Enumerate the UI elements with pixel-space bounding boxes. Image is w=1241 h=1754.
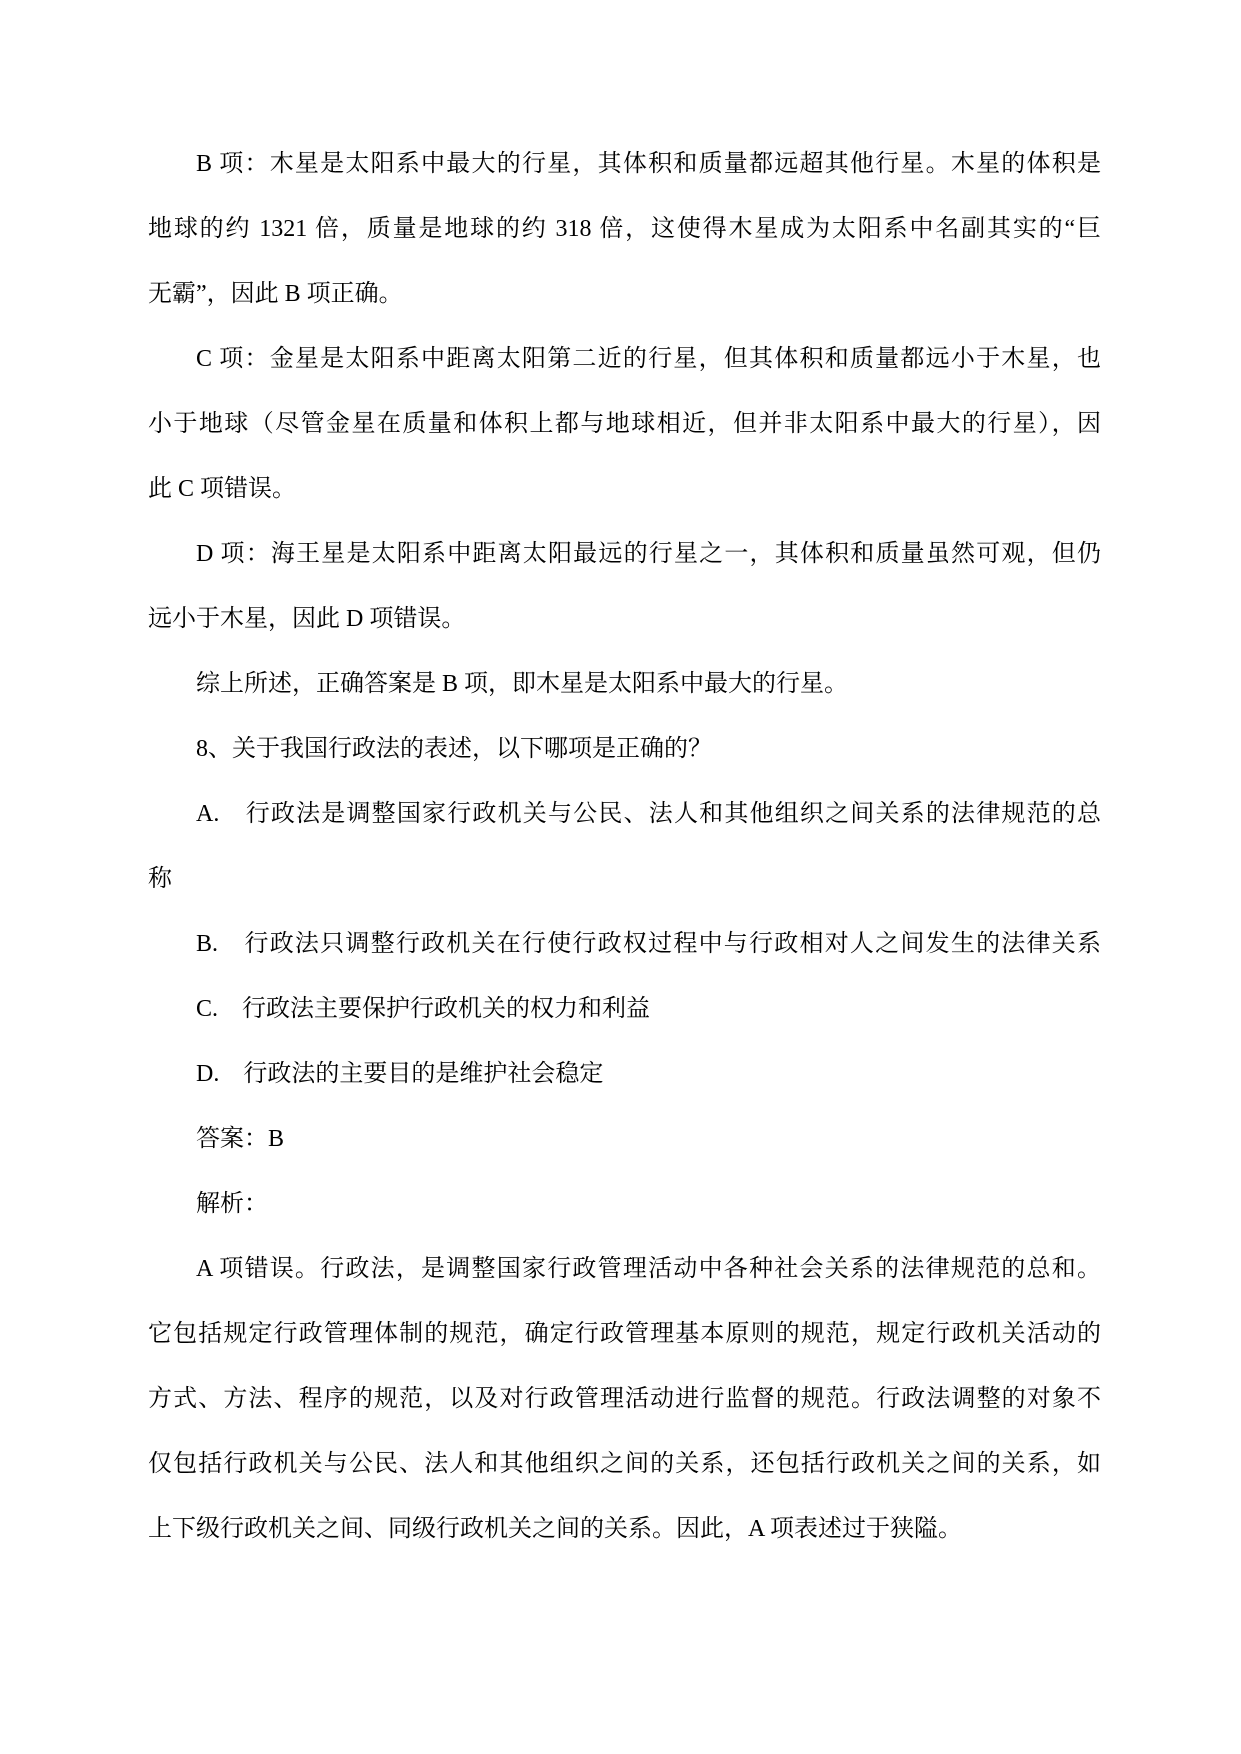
- text-line: B. 行政法只调整行政机关在行使行政权过程中与行政相对人之间发生的法律关系: [148, 912, 1101, 977]
- text-line: 解析：: [148, 1172, 1101, 1237]
- text-line: 上下级行政机关之间、同级行政机关之间的关系。因此，A 项表述过于狭隘。: [148, 1497, 1101, 1562]
- text-line: A. 行政法是调整国家行政机关与公民、法人和其他组织之间关系的法律规范的总: [148, 782, 1101, 847]
- paragraph-question-8-option-b: B. 行政法只调整行政机关在行使行政权过程中与行政相对人之间发生的法律关系: [148, 912, 1101, 977]
- paragraph-question-8-option-d: D. 行政法的主要目的是维护社会稳定: [148, 1042, 1101, 1107]
- text-line: 方式、方法、程序的规范，以及对行政管理活动进行监督的规范。行政法调整的对象不: [148, 1367, 1101, 1432]
- paragraph-conclusion: 综上所述，正确答案是 B 项，即木星是太阳系中最大的行星。: [148, 652, 1101, 717]
- text-line: B 项：木星是太阳系中最大的行星，其体积和质量都远超其他行星。木星的体积是: [148, 132, 1101, 197]
- text-line: 综上所述，正确答案是 B 项，即木星是太阳系中最大的行星。: [148, 652, 1101, 717]
- paragraph-question-8: 8、关于我国行政法的表述，以下哪项是正确的？: [148, 717, 1101, 782]
- text-line: 答案：B: [148, 1107, 1101, 1172]
- paragraph-answer: 答案：B: [148, 1107, 1101, 1172]
- paragraph-explanation-option-b: B 项：木星是太阳系中最大的行星，其体积和质量都远超其他行星。木星的体积是地球的…: [148, 132, 1101, 327]
- document-body: B 项：木星是太阳系中最大的行星，其体积和质量都远超其他行星。木星的体积是地球的…: [0, 0, 1241, 1562]
- text-line: 称: [148, 847, 1101, 912]
- paragraph-explanation-option-d: D 项：海王星是太阳系中距离太阳最远的行星之一，其体积和质量虽然可观，但仍远小于…: [148, 522, 1101, 652]
- text-line: D. 行政法的主要目的是维护社会稳定: [148, 1042, 1101, 1107]
- text-line: 它包括规定行政管理体制的规范，确定行政管理基本原则的规范，规定行政机关活动的: [148, 1302, 1101, 1367]
- paragraph-analysis-option-a: A 项错误。行政法，是调整国家行政管理活动中各种社会关系的法律规范的总和。它包括…: [148, 1237, 1101, 1562]
- text-line: A 项错误。行政法，是调整国家行政管理活动中各种社会关系的法律规范的总和。: [148, 1237, 1101, 1302]
- paragraph-question-8-option-c: C. 行政法主要保护行政机关的权力和利益: [148, 977, 1101, 1042]
- paragraph-question-8-option-a: A. 行政法是调整国家行政机关与公民、法人和其他组织之间关系的法律规范的总称: [148, 782, 1101, 912]
- text-line: 无霸”，因此 B 项正确。: [148, 262, 1101, 327]
- text-line: C. 行政法主要保护行政机关的权力和利益: [148, 977, 1101, 1042]
- paragraph-analysis-heading: 解析：: [148, 1172, 1101, 1237]
- text-line: 地球的约 1321 倍，质量是地球的约 318 倍，这使得木星成为太阳系中名副其…: [148, 197, 1101, 262]
- text-line: C 项：金星是太阳系中距离太阳第二近的行星，但其体积和质量都远小于木星，也: [148, 327, 1101, 392]
- text-line: D 项：海王星是太阳系中距离太阳最远的行星之一，其体积和质量虽然可观，但仍: [148, 522, 1101, 587]
- text-line: 小于地球（尽管金星在质量和体积上都与地球相近，但并非太阳系中最大的行星），因: [148, 392, 1101, 457]
- text-line: 8、关于我国行政法的表述，以下哪项是正确的？: [148, 717, 1101, 782]
- paragraph-explanation-option-c: C 项：金星是太阳系中距离太阳第二近的行星，但其体积和质量都远小于木星，也小于地…: [148, 327, 1101, 522]
- text-line: 仅包括行政机关与公民、法人和其他组织之间的关系，还包括行政机关之间的关系，如: [148, 1432, 1101, 1497]
- text-line: 远小于木星，因此 D 项错误。: [148, 587, 1101, 652]
- document-page: B 项：木星是太阳系中最大的行星，其体积和质量都远超其他行星。木星的体积是地球的…: [0, 0, 1241, 1754]
- text-line: 此 C 项错误。: [148, 457, 1101, 522]
